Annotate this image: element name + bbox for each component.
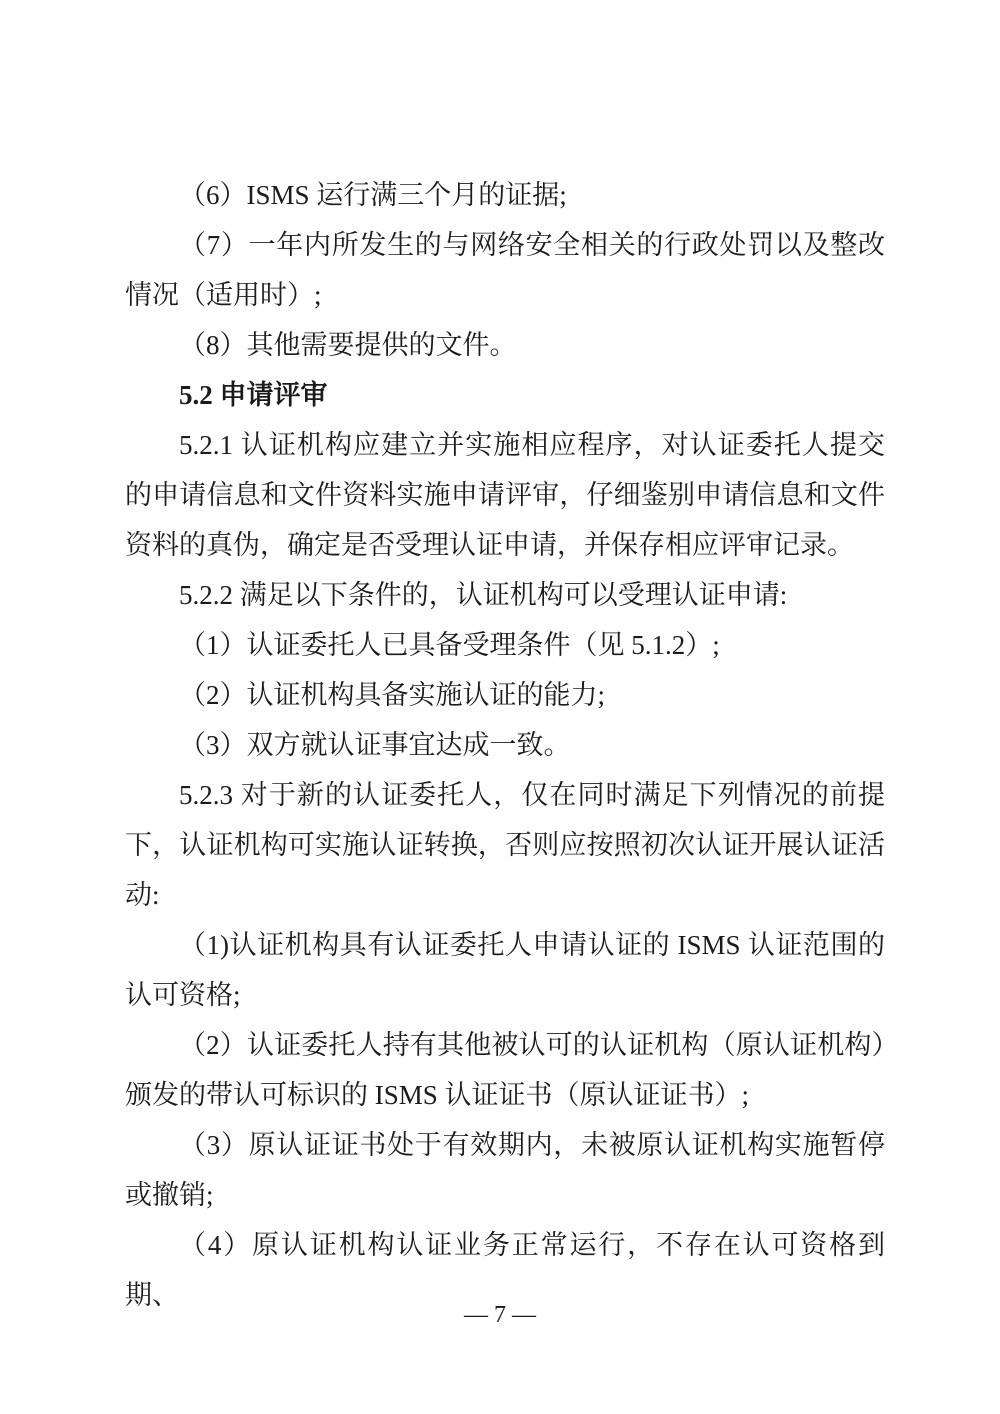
page-number: — 7 —: [0, 1293, 1000, 1337]
section-heading-5-2: 5.2 申请评审: [125, 370, 885, 420]
clause-5-2-2: 5.2.2 满足以下条件的，认证机构可以受理认证申请:: [125, 570, 885, 620]
document-body: （6）ISMS 运行满三个月的证据; （7）一年内所发生的与网络安全相关的行政处…: [125, 170, 885, 1320]
document-page: （6）ISMS 运行满三个月的证据; （7）一年内所发生的与网络安全相关的行政处…: [0, 0, 1000, 1414]
clause-5-2-2-item-1: （1）认证委托人已具备受理条件（见 5.1.2）;: [125, 620, 885, 670]
clause-5-2-3-item-3: （3）原认证证书处于有效期内，未被原认证机构实施暂停或撤销;: [125, 1120, 885, 1220]
list-item-6: （6）ISMS 运行满三个月的证据;: [125, 170, 885, 220]
list-item-8: （8）其他需要提供的文件。: [125, 320, 885, 370]
list-item-7: （7）一年内所发生的与网络安全相关的行政处罚以及整改情况（适用时）;: [125, 220, 885, 320]
clause-5-2-2-item-3: （3）双方就认证事宜达成一致。: [125, 720, 885, 770]
clause-5-2-3-item-1: （1)认证机构具有认证委托人申请认证的 ISMS 认证范围的认可资格;: [125, 920, 885, 1020]
clause-5-2-1: 5.2.1 认证机构应建立并实施相应程序，对认证委托人提交的申请信息和文件资料实…: [125, 420, 885, 570]
clause-5-2-3: 5.2.3 对于新的认证委托人，仅在同时满足下列情况的前提下，认证机构可实施认证…: [125, 770, 885, 920]
clause-5-2-2-item-2: （2）认证机构具备实施认证的能力;: [125, 670, 885, 720]
clause-5-2-3-item-2: （2）认证委托人持有其他被认可的认证机构（原认证机构）颁发的带认可标识的 ISM…: [125, 1020, 885, 1120]
